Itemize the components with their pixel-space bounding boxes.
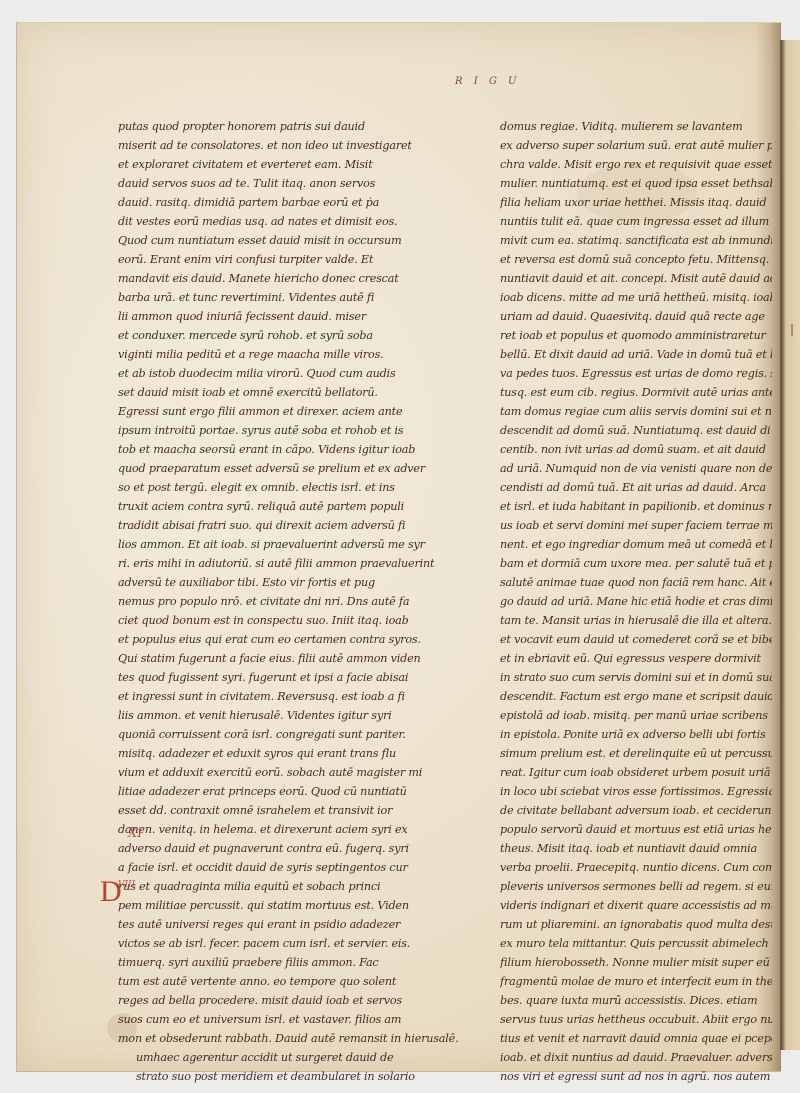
- next-page-edge: [780, 40, 800, 1050]
- text-line: ad uriā. Numquid non de via venisti quar…: [500, 459, 772, 478]
- text-line: tam domus regiae cum aliis servis domini…: [500, 402, 772, 421]
- text-line: rum ut pliaremini. an ignorabatis quod m…: [500, 915, 772, 934]
- text-line: fragmentū molae de muro et interfecit eu…: [500, 972, 772, 991]
- text-line: Quod cum nuntiatum esset dauid misit in …: [118, 231, 470, 250]
- text-line: et exploraret civitatem et everteret eam…: [118, 155, 470, 174]
- text-line: filia heliam uxor uriae hetthei. Missis …: [500, 193, 772, 212]
- text-line: litiae adadezer erat princeps eorū. Quod…: [118, 782, 470, 801]
- text-line: descendit. Factum est ergo mane et scrip…: [500, 687, 772, 706]
- text-line: videris indignari et dixerit quare acces…: [500, 896, 772, 915]
- text-line: populo servorū dauid et mortuus est etiā…: [500, 820, 772, 839]
- text-line: ri. eris mihi in adiutoriū. si autē fili…: [118, 554, 470, 573]
- text-line: et vocavit eum dauid ut comederet corā s…: [500, 630, 772, 649]
- chapter-number: XI: [128, 826, 142, 841]
- text-line: mivit cum ea. statimq. sanctificata est …: [500, 231, 772, 250]
- text-line: adversū te auxiliabor tibi. Esto vir for…: [118, 573, 470, 592]
- text-line: tam te. Mansit urias in hierusalē die il…: [500, 611, 772, 630]
- text-line: nuntiis tulit eā. quae cum ingressa esse…: [500, 212, 772, 231]
- text-line: nemus pro populo nrō. et civitate dni nr…: [118, 592, 470, 611]
- text-line: set dauid misit ioab et omnē exercitū be…: [118, 383, 470, 402]
- next-page-mark: |: [790, 322, 794, 336]
- text-line: cendisti ad domū tuā. Et ait urias ad da…: [500, 478, 772, 497]
- text-line: umhaec agerentur accidit ut surgeret dau…: [118, 1048, 470, 1067]
- text-line: so et post tergū. elegit ex omnib. elect…: [118, 478, 470, 497]
- text-line: reat. Igitur cum ioab obsideret urbem po…: [500, 763, 772, 782]
- text-line: dit vestes eorū medias usq. ad nates et …: [118, 212, 470, 231]
- text-line: eorū. Erant enim viri confusi turpiter v…: [118, 250, 470, 269]
- text-line: go dauid ad uriā. Mane hic etiā hodie et…: [500, 592, 772, 611]
- decorated-initial: D: [100, 877, 122, 907]
- text-line: ex muro tela mittantur. Quis percussit a…: [500, 934, 772, 953]
- text-line: uriam ad dauid. Quaesivitq. dauid quā re…: [500, 307, 772, 326]
- text-line: domus regiae. Viditq. mulierem se lavant…: [500, 117, 772, 136]
- text-line: et in ebriavit eū. Qui egressus vespere …: [500, 649, 772, 668]
- text-line: servus tuus urias hettheus occubuit. Abi…: [500, 1010, 772, 1029]
- text-line: lii ammon quod iniuriā fecissent dauid. …: [118, 307, 470, 326]
- text-line: va pedes tuos. Egressus est urias de dom…: [500, 364, 772, 383]
- text-line: simum prelium est. et derelinquite eū ut…: [500, 744, 772, 763]
- text-line: nos viri et egressi sunt ad nos in agrū.…: [500, 1067, 772, 1086]
- text-line: dauid. rasitq. dimidiā partem barbae eor…: [118, 193, 470, 212]
- text-line: de civitate bellabant adversum ioab. et …: [500, 801, 772, 820]
- text-line: bam et dormiā cum uxore mea. per salutē …: [500, 554, 772, 573]
- text-line: et isrl. et iuda habitant in papilionib.…: [500, 497, 772, 516]
- text-line: barba urā. et tunc revertimini. Videntes…: [118, 288, 470, 307]
- text-line: ex adverso super solarium suū. erat autē…: [500, 136, 772, 155]
- text-line: dauid servos suos ad te. Tulit itaq. ano…: [118, 174, 470, 193]
- text-line: strato suo post meridiem et deambularet …: [118, 1067, 470, 1086]
- text-line: et ab istob duodecim milia virorū. Quod …: [118, 364, 470, 383]
- text-line: mandavit eis dauid. Manete hiericho done…: [118, 269, 470, 288]
- text-line: bellū. Et dixit dauid ad uriā. Vade in d…: [500, 345, 772, 364]
- text-line: ciet quod bonum est in conspectu suo. In…: [118, 611, 470, 630]
- text-line: adverso dauid et pugnaverunt contra eū. …: [118, 839, 470, 858]
- text-line: et ingressi sunt in civitatem. Reversusq…: [118, 687, 470, 706]
- text-line: ipsum introitū portae. syrus autē soba e…: [118, 421, 470, 440]
- text-line: victos se ab isrl. fecer. pacem cum isrl…: [118, 934, 470, 953]
- text-line: tius et venit et narravit dauid omnia qu…: [500, 1029, 772, 1048]
- text-line: liis ammon. et venit hierusalē. Videntes…: [118, 706, 470, 725]
- text-line: et conduxer. mercede syrū rohob. et syrū…: [118, 326, 470, 345]
- text-line: esset dd. contraxit omnē israhelem et tr…: [118, 801, 470, 820]
- text-line: descendit ad domū suā. Nuntiatumq. est d…: [500, 421, 772, 440]
- text-line: et reversa est domū suā concepto fetu. M…: [500, 250, 772, 269]
- text-line: danen. venitq. in helema. et direxerunt …: [118, 820, 470, 839]
- text-line: nent. et ego ingrediar domum meā ut come…: [500, 535, 772, 554]
- text-line: in strato suo cum servis domini sui et i…: [500, 668, 772, 687]
- text-line: rus et quadraginta milia equitū et sobac…: [118, 877, 470, 896]
- text-line: lios ammon. Et ait ioab. si praevaluerin…: [118, 535, 470, 554]
- text-line: in loco ubi sciebat viros esse fortissim…: [500, 782, 772, 801]
- text-line: tes autē universi reges qui erant in psi…: [118, 915, 470, 934]
- text-line: chra valde. Misit ergo rex et requisivit…: [500, 155, 772, 174]
- text-line: miserit ad te consolatores. et non ideo …: [118, 136, 470, 155]
- text-line: Qui statim fugerunt a facie eius. filii …: [118, 649, 470, 668]
- text-line: nuntiavit dauid et ait. concepi. Misit a…: [500, 269, 772, 288]
- text-line: reges ad bella procedere. misit dauid io…: [118, 991, 470, 1010]
- text-line: vium et adduxit exercitū eorū. sobach au…: [118, 763, 470, 782]
- text-line: pleveris universos sermones belli ad reg…: [500, 877, 772, 896]
- text-line: verba proelii. Praecepitq. nuntio dicens…: [500, 858, 772, 877]
- text-line: truxit aciem contra syrū. reliquā autē p…: [118, 497, 470, 516]
- text-line: pem militiae percussit. qui statim mortu…: [118, 896, 470, 915]
- text-line: misitq. adadezer et eduxit syros qui era…: [118, 744, 470, 763]
- text-line: timuerq. syri auxiliū praebere filiis am…: [118, 953, 470, 972]
- text-line: ioab dicens. mitte ad me uriā hettheū. m…: [500, 288, 772, 307]
- text-line: ioab. et dixit nuntius ad dauid. Praeval…: [500, 1048, 772, 1067]
- text-line: a facie isrl. et occidit dauid de syris …: [118, 858, 470, 877]
- text-line: in epistola. Ponite uriā ex adverso bell…: [500, 725, 772, 744]
- text-line: tes quod fugissent syri. fugerunt et ips…: [118, 668, 470, 687]
- text-line: tum est autē vertente anno. eo tempore q…: [118, 972, 470, 991]
- text-line: us ioab et servi domini mei super faciem…: [500, 516, 772, 535]
- text-line: et populus eius qui erat cum eo certamen…: [118, 630, 470, 649]
- text-line: bes. quare iuxta murū accessistis. Dices…: [500, 991, 772, 1010]
- text-line: filium hierobosseth. Nonne mulier misit …: [500, 953, 772, 972]
- text-line: viginti milia peditū et a rege maacha mi…: [118, 345, 470, 364]
- text-line: centib. non ivit urias ad domū suam. et …: [500, 440, 772, 459]
- text-line: suos cum eo et universum isrl. et vastav…: [118, 1010, 470, 1029]
- text-line: theus. Misit itaq. ioab et nuntiavit dau…: [500, 839, 772, 858]
- text-line: quod praeparatum esset adversū se preliu…: [118, 459, 470, 478]
- text-line: quoniā corruissent corā isrl. congregati…: [118, 725, 470, 744]
- text-line: Egressi sunt ergo filii ammon et direxer…: [118, 402, 470, 421]
- text-line: tusq. est eum cib. regius. Dormivit autē…: [500, 383, 772, 402]
- text-line: mulier. nuntiatumq. est ei quod ipsa ess…: [500, 174, 772, 193]
- text-line: salutē animae tuae quod non faciā rem ha…: [500, 573, 772, 592]
- right-text-column: domus regiae. Viditq. mulierem se lavant…: [500, 117, 772, 1086]
- running-header: R I G U: [455, 76, 520, 87]
- text-line: mon et obsederunt rabbath. Dauid autē re…: [118, 1029, 470, 1048]
- text-line: tradidit abisai fratri suo. qui direxit …: [118, 516, 470, 535]
- left-text-column: putas quod propter honorem patris sui da…: [118, 117, 470, 1086]
- text-line: tob et maacha seorsū erant in cāpo. Vide…: [118, 440, 470, 459]
- text-line: epistolā ad ioab. misitq. per manū uriae…: [500, 706, 772, 725]
- text-line: putas quod propter honorem patris sui da…: [118, 117, 470, 136]
- text-line: ret ioab et populus et quomodo amministr…: [500, 326, 772, 345]
